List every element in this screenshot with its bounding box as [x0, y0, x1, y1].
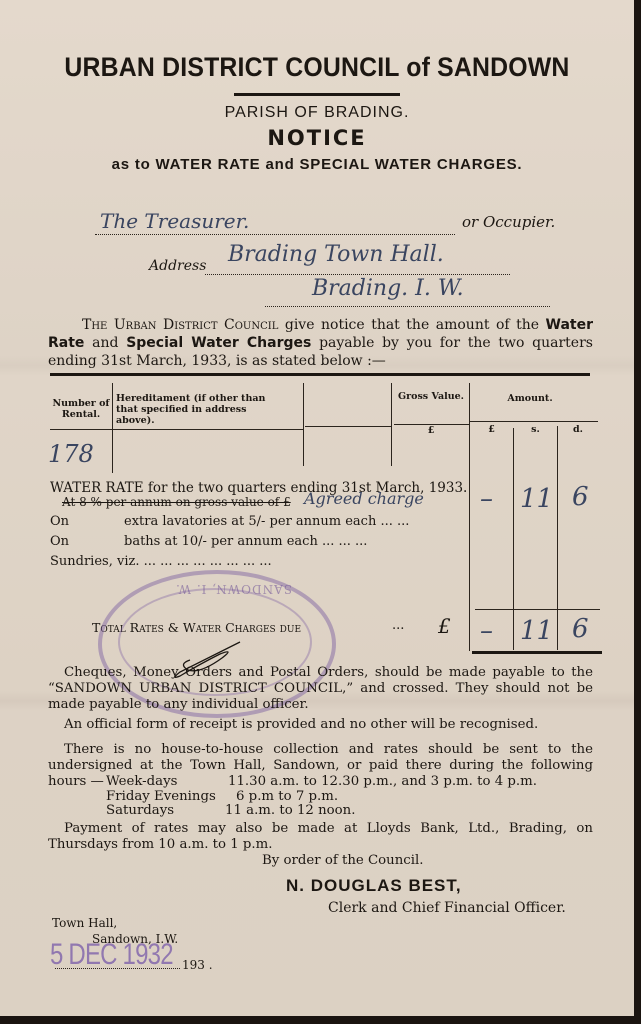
col-divider	[513, 428, 514, 650]
intro-bold-special-charges: Special Water Charges	[126, 335, 311, 351]
header-amount: Amount.	[470, 393, 590, 404]
header-rule	[305, 426, 391, 427]
intro-paragraph: The Urban District Council give notice t…	[48, 316, 593, 370]
date-line	[55, 960, 180, 969]
occupier-label: or Occupier.	[462, 213, 555, 231]
col-divider	[112, 383, 113, 473]
hours-day: Saturdays	[106, 803, 174, 819]
col-divider	[391, 383, 392, 466]
address-value-1: Brading Town Hall.	[228, 242, 444, 267]
table-top-rule	[50, 373, 590, 376]
water-rate-pence: 6	[572, 482, 589, 512]
lavatories-line: extra lavatories at 5/- per annum each .…	[124, 514, 409, 529]
bank-paragraph: Payment of rates may also be made at Llo…	[48, 821, 593, 853]
total-bottom-rule	[472, 651, 602, 654]
baths-prefix: On	[50, 534, 69, 549]
header-pounds: £	[470, 424, 513, 435]
header-hereditament: Hereditament (if other than that specifi…	[116, 393, 286, 426]
total-rule	[475, 609, 600, 610]
parish-heading: PARISH OF BRADING.	[0, 104, 634, 122]
sundries-line: Sundries, viz. ... ... ... ... ... ... .…	[50, 554, 272, 569]
cheques-paragraph: Cheques, Money Orders and Postal Orders,…	[48, 665, 593, 713]
total-currency: £	[438, 614, 451, 638]
council-title: URBAN DISTRICT COUNCIL of SANDOWN	[25, 52, 608, 83]
total-dots: ...	[392, 618, 404, 633]
header-pence: d.	[558, 424, 598, 435]
baths-line: baths at 10/- per annum each ... ... ...	[124, 534, 367, 549]
receipt-paragraph: An official form of receipt is provided …	[64, 717, 594, 733]
lavatories-prefix: On	[50, 514, 69, 529]
hours-day: Week-days	[106, 774, 177, 790]
header-gross-value: Gross Value.	[396, 391, 466, 402]
address-label: Address	[149, 258, 206, 274]
rate-handwritten: Agreed charge	[304, 489, 424, 508]
header-shillings: s.	[514, 424, 557, 435]
addressee-name: The Treasurer.	[100, 209, 249, 233]
col-divider	[303, 383, 304, 466]
order-line: By order of the Council.	[262, 853, 423, 869]
col-divider	[557, 426, 558, 650]
officer-name: N. DOUGLAS BEST,	[286, 876, 462, 896]
water-rate-shillings: 11	[520, 484, 553, 514]
header-rule	[470, 421, 598, 422]
intro-lead: The Urban District Council	[82, 317, 278, 333]
address-value-2: Brading. I. W.	[312, 276, 464, 301]
hours-time: 11 a.m. to 12 noon.	[225, 803, 355, 819]
water-rate-notice: URBAN DISTRICT COUNCIL of SANDOWN PARISH…	[0, 0, 634, 1016]
total-pounds: –	[480, 616, 493, 646]
header-gross-unit: £	[396, 425, 466, 436]
officer-title: Clerk and Chief Financial Officer.	[328, 900, 566, 916]
header-rental: Number of Rental.	[50, 398, 112, 420]
total-pence: 6	[572, 614, 589, 644]
water-rate-pounds: –	[480, 484, 493, 514]
hours-time: 11.30 a.m. to 12.30 p.m., and 3 p.m. to …	[228, 774, 537, 790]
stamp-text: SANDOWN, I. W.	[175, 582, 292, 596]
intro-text: and	[84, 335, 126, 351]
total-shillings: 11	[520, 616, 553, 646]
rental-number: 178	[48, 440, 94, 468]
footer-place-1: Town Hall,	[52, 916, 117, 930]
header-rule	[50, 429, 303, 430]
notice-subtitle: as to WATER RATE and SPECIAL WATER CHARG…	[0, 156, 634, 173]
year-suffix: 193 .	[182, 958, 213, 972]
notice-heading: NOTICE	[0, 126, 634, 150]
rate-line: At 8 % per annum on gross value of £	[62, 495, 291, 509]
title-rule	[234, 93, 400, 96]
intro-text: give notice that the amount of the	[278, 317, 545, 333]
